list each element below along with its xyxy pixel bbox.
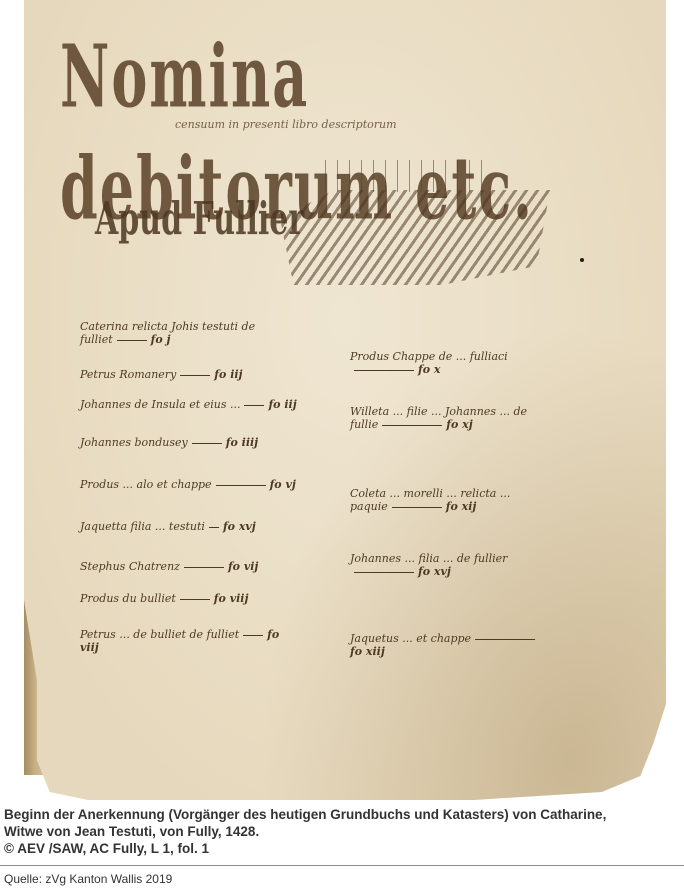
list-item: Jaquetus ... et chappefo xiij [350,632,550,658]
list-item: Johannes bonduseyfo iiij [80,436,300,449]
caption-line-1: Beginn der Anerkennung (Vorgänger des he… [4,806,680,823]
list-item: Johannes de Insula et eius ...fo iij [80,398,300,411]
image-caption: Beginn der Anerkennung (Vorgänger des he… [4,806,680,857]
caption-copyright: © AEV /SAW, AC Fully, L 1, fol. 1 [4,840,680,857]
manuscript-subtitle: censuum in presenti libro descriptorum [175,118,397,131]
list-item: Petrus Romaneryfo iij [80,368,300,381]
decorative-ascender-loops [325,160,485,192]
list-item: Petrus ... de bulliet de fullietfo viij [80,628,300,654]
decorative-calligraphic-hatching [280,190,550,285]
list-item: Jaquetta filia ... testutifo xvj [80,520,300,533]
list-item: Coleta ... morelli ... relicta ... paqui… [350,487,550,513]
caption-divider [0,865,684,866]
source-credit: Quelle: zVg Kanton Wallis 2019 [4,872,172,886]
list-item: Caterina relicta Johis testuti de fullie… [80,320,280,346]
list-item: Produs Chappe de ... fulliacifo x [350,350,550,376]
list-item: Johannes ... filia ... de fullierfo xvj [350,552,550,578]
ink-dot [580,258,584,262]
list-item: Willeta ... filie ... Johannes ... de fu… [350,405,550,431]
list-item: Stephus Chatrenzfo vij [80,560,300,573]
list-item: Produs du bullietfo viij [80,592,320,605]
list-item: Produs ... alo et chappefo vj [80,478,300,491]
manuscript-heading-apud-fullier: Apud Fullier [95,195,304,246]
caption-line-2: Witwe von Jean Testuti, von Fully, 1428. [4,823,680,840]
